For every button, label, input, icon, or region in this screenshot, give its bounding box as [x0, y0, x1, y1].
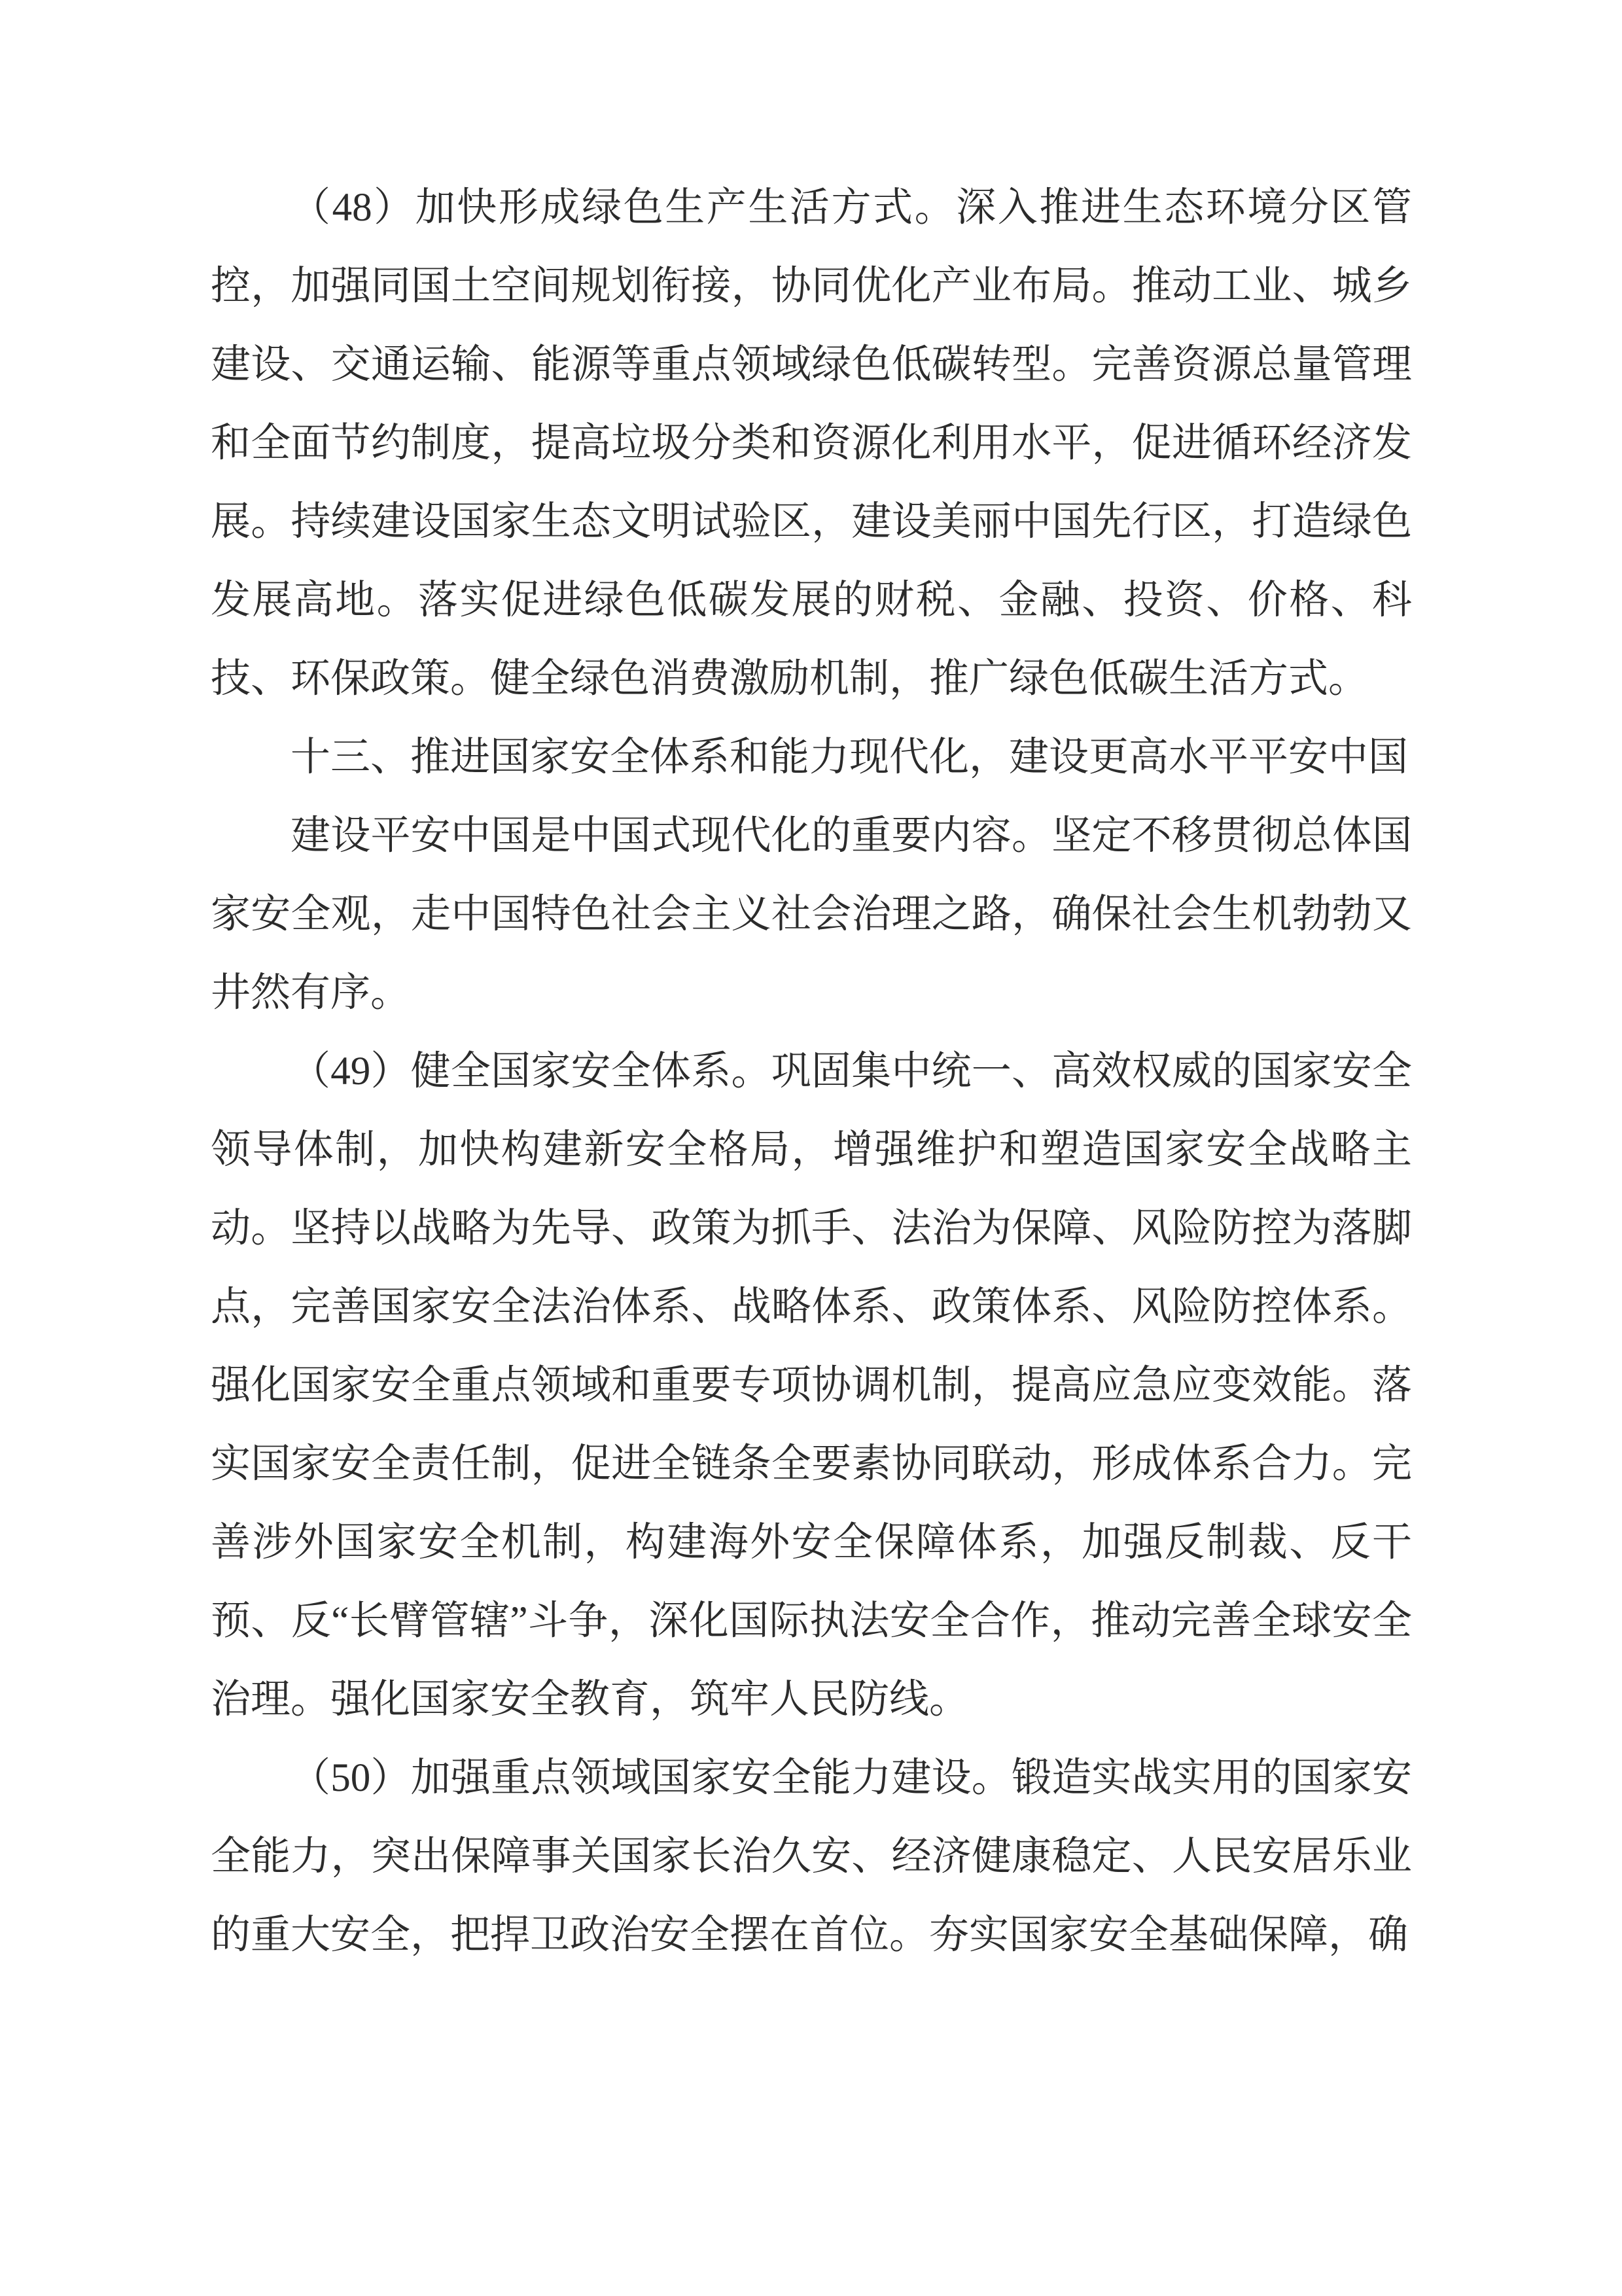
paragraph-item-50: （50）加强重点领域国家安全能力建设。锻造实战实用的国家安全能力，突出保障事关国…: [211, 1739, 1412, 1975]
document-content: （48）加快形成绿色生产生活方式。深入推进生态环境分区管控，加强同国土空间规划衔…: [211, 169, 1412, 1975]
paragraph-section-13-intro: 建设平安中国是中国式现代化的重要内容。坚定不移贯彻总体国家安全观，走中国特色社会…: [211, 797, 1412, 1033]
section-heading-13: 十三、推进国家安全体系和能力现代化，建设更高水平平安中国: [211, 718, 1412, 797]
paragraph-item-48: （48）加快形成绿色生产生活方式。深入推进生态环境分区管控，加强同国土空间规划衔…: [211, 169, 1412, 718]
paragraph-item-49: （49）健全国家安全体系。巩固集中统一、高效权威的国家安全领导体制，加快构建新安…: [211, 1033, 1412, 1739]
document-page: （48）加快形成绿色生产生活方式。深入推进生态环境分区管控，加强同国土空间规划衔…: [0, 0, 1622, 2296]
